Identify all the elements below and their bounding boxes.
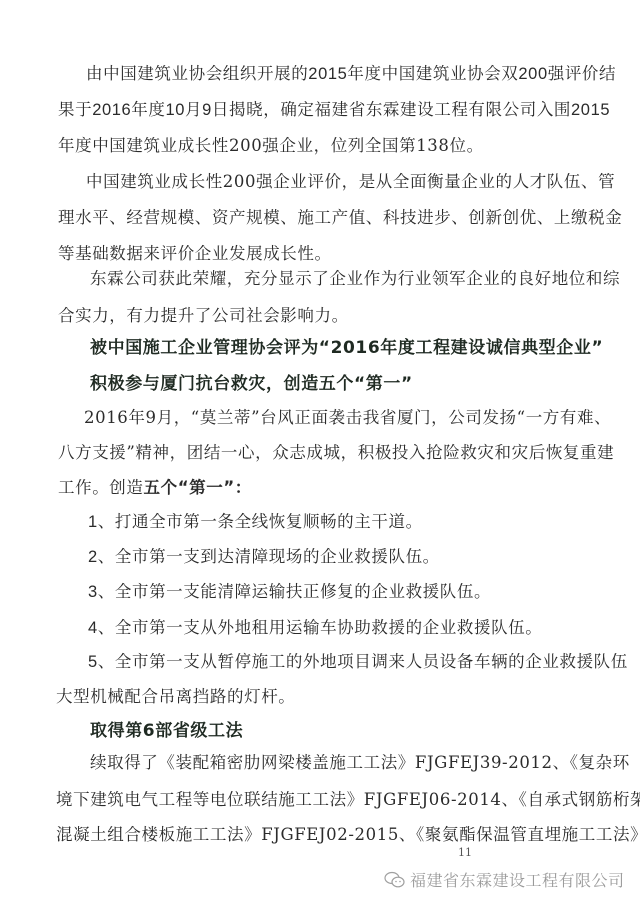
paragraph-5-line-3: 混凝土组合楼板施工工法》FJGFEJ02-2015、《聚氨酯保温管直埋施工工法》 xyxy=(56,821,640,845)
paragraph-4-line-3-prefix: 工作。创造 xyxy=(58,478,144,497)
paragraph-4-line-3: 工作。创造五个“第一”： xyxy=(58,474,252,498)
list-item-4: 4、全市第一支从外地租用运输车协助救援的企业救援队伍。 xyxy=(88,614,542,638)
paragraph-2-line-2: 理水平、经营规模、资产规模、施工产值、科技进步、创新创优、上缴税金 xyxy=(58,204,622,228)
list-item-2: 2、全市第一支到达清障现场的企业救援队伍。 xyxy=(88,543,440,567)
paragraph-1-line-1: 由中国建筑业协会组织开展的2015年度中国建筑业协会双200强评价结 xyxy=(86,60,616,84)
watermark-text: 福建省东霖建设工程有限公司 xyxy=(410,868,625,891)
paragraph-4-line-1: 2016年9月，“莫兰蒂”台风正面袭击我省厦门，公司发扬“一方有难、 xyxy=(84,404,611,428)
list-item-1: 1、打通全市第一条全线恢复顺畅的主干道。 xyxy=(88,508,423,532)
paragraph-1-line-2: 果于2016年度10月9日揭晓，确定福建省东霖建设工程有限公司入围2015 xyxy=(58,96,610,120)
paragraph-3-line-1: 东霖公司获此荣耀，充分显示了企业作为行业领军企业的良好地位和综 xyxy=(90,265,620,289)
list-item-3: 3、全市第一支能清障运输扶正修复的企业救援队伍。 xyxy=(88,578,491,602)
list-item-5: 5、全市第一支从暂停施工的外地项目调来人员设备车辆的企业救援队伍 xyxy=(88,648,628,672)
section-heading-provincial-methods: 取得第6部省级工法 xyxy=(90,716,243,741)
paragraph-4-line-2: 八方支援”精神，团结一心，众志成城，积极投入抢险救灾和灾后恢复重建 xyxy=(58,439,614,463)
paragraph-3-line-2: 合实力，有力提升了公司社会影响力。 xyxy=(58,302,349,326)
paragraph-2-line-3: 等基础数据来评价企业发展成长性。 xyxy=(58,240,332,264)
document-page: 由中国建筑业协会组织开展的2015年度中国建筑业协会双200强评价结 果于201… xyxy=(0,0,640,909)
paragraph-4-line-3-emphasis: 五个“第一”： xyxy=(144,478,252,497)
paragraph-2-line-1: 中国建筑业成长性200强企业评价，是从全面衡量企业的人才队伍、管 xyxy=(86,168,615,192)
list-item-5-continuation: 大型机械配合吊离挡路的灯杆。 xyxy=(56,683,295,707)
wechat-icon xyxy=(384,871,406,889)
watermark: 福建省东霖建设工程有限公司 xyxy=(384,868,625,891)
section-heading-credit-enterprise: 被中国施工企业管理协会评为“2016年度工程建设诚信典型企业” xyxy=(90,333,603,358)
section-heading-typhoon-relief: 积极参与厦门抗台救灾，创造五个“第一” xyxy=(90,369,413,394)
paragraph-5-line-2: 境下建筑电气工程等电位联结施工工法》FJGFEJ06-2014、《自承式钢筋桁架 xyxy=(56,786,640,810)
paragraph-1-line-3: 年度中国建筑业成长性200强企业，位列全国第138位。 xyxy=(58,132,484,156)
page-number: 11 xyxy=(458,846,472,859)
paragraph-5-line-1: 续取得了《装配箱密肋网梁楼盖施工工法》FJGFEJ39-2012、《复杂环 xyxy=(90,749,630,773)
